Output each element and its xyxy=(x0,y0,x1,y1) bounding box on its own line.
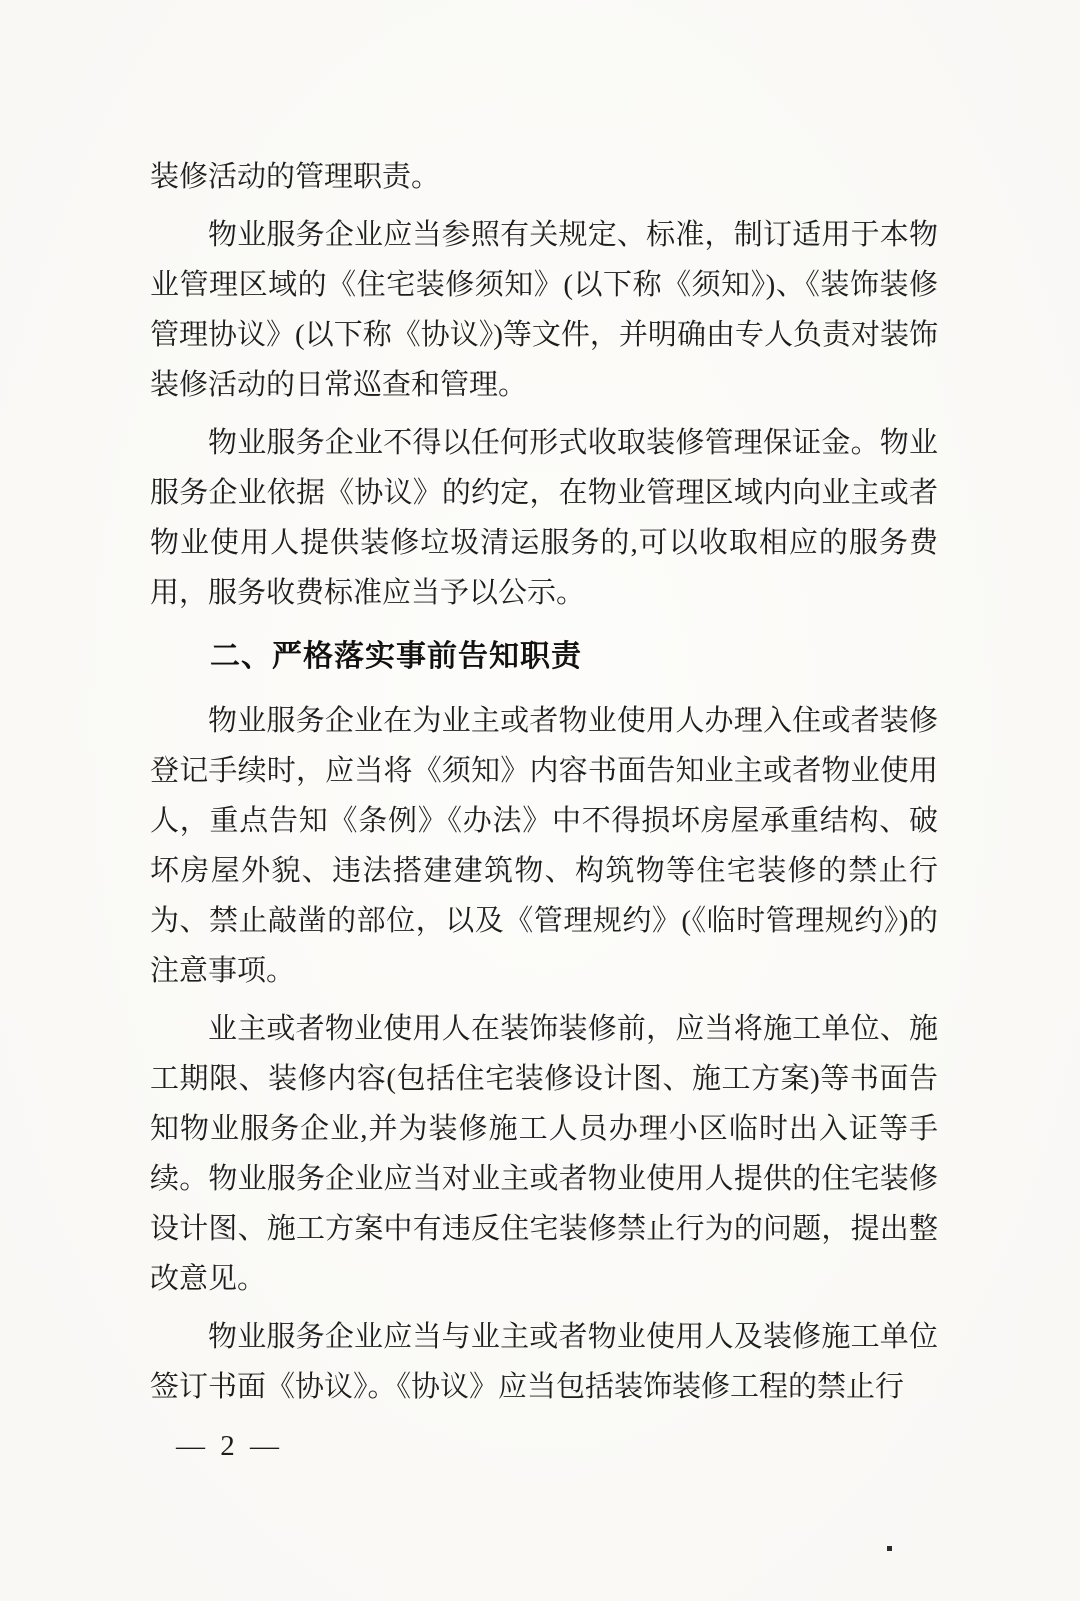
section-heading: 二、严格落实事前告知职责 xyxy=(150,632,938,682)
document-page: 装修活动的管理职责。 物业服务企业应当参照有关规定、标准，制订适用于本物业管理区… xyxy=(0,0,1080,1601)
continuation-paragraph: 装修活动的管理职责。 xyxy=(150,152,938,202)
scan-speck-artifact xyxy=(887,1546,892,1551)
paragraph-rules-documents: 物业服务企业应当参照有关规定、标准，制订适用于本物业管理区域的《住宅装修须知》(… xyxy=(150,210,938,410)
page-number: — 2 — xyxy=(176,1428,279,1464)
paragraph-owner-obligations: 业主或者物业使用人在装饰装修前，应当将施工单位、施工期限、装修内容(包括住宅装修… xyxy=(150,1004,938,1304)
text-block: 装修活动的管理职责。 物业服务企业应当参照有关规定、标准，制订适用于本物业管理区… xyxy=(150,152,938,1412)
paragraph-written-agreement: 物业服务企业应当与业主或者物业使用人及装修施工单位签订书面《协议》。《协议》应当… xyxy=(150,1312,938,1412)
paragraph-prior-notification: 物业服务企业在为业主或者物业使用人办理入住或者装修登记手续时，应当将《须知》内容… xyxy=(150,696,938,996)
paragraph-no-deposit-fees: 物业服务企业不得以任何形式收取装修管理保证金。物业服务企业依据《协议》的约定，在… xyxy=(150,418,938,618)
